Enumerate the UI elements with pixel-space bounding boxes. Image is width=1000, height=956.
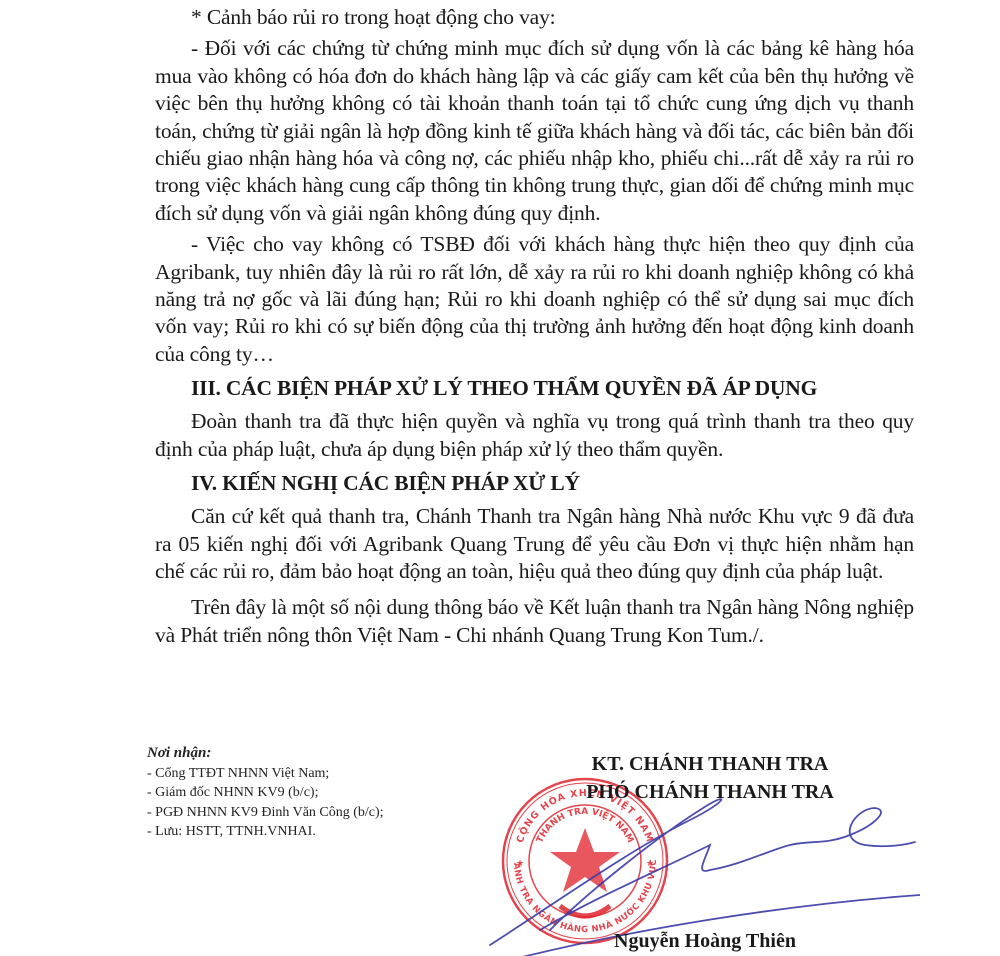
warning-heading: * Cảnh báo rủi ro trong hoạt động cho va… (155, 4, 914, 31)
section-3-heading: III. CÁC BIỆN PHÁP XỬ LÝ THEO THẨM QUYỀN… (155, 374, 914, 402)
recipient-item: - Lưu: HSTT, TTNH.VNHAI. (147, 822, 384, 842)
section-3-paragraph: Đoàn thanh tra đã thực hiện quyền và ngh… (155, 408, 914, 463)
recipients-block: Nơi nhận: - Cổng TTĐT NHNN Việt Nam; - G… (147, 744, 384, 842)
recipient-item: - Giám đốc NHNN KV9 (b/c); (147, 783, 384, 803)
signature-title-line-1: KT. CHÁNH THANH TRA (540, 750, 880, 778)
svg-text:★: ★ (516, 859, 524, 869)
document-page: * Cảnh báo rủi ro trong hoạt động cho va… (0, 0, 1000, 956)
recipient-item: - Cổng TTĐT NHNN Việt Nam; (147, 764, 384, 784)
document-body: * Cảnh báo rủi ro trong hoạt động cho va… (155, 4, 914, 649)
recipients-label: Nơi nhận (147, 745, 206, 761)
warning-paragraph-1: - Đối với các chứng từ chứng minh mục đí… (155, 35, 914, 227)
svg-text:★: ★ (646, 859, 654, 869)
section-4-paragraph: Căn cứ kết quả thanh tra, Chánh Thanh tr… (155, 503, 914, 585)
recipients-list: - Cổng TTĐT NHNN Việt Nam; - Giám đốc NH… (147, 764, 384, 842)
signer-name: Nguyễn Hoàng Thiên (555, 930, 855, 953)
recipient-item: - PGĐ NHNN KV9 Đinh Văn Công (b/c); (147, 803, 384, 823)
signature-title-block: KT. CHÁNH THANH TRA PHÓ CHÁNH THANH TRA (540, 750, 880, 806)
signature-title-line-2: PHÓ CHÁNH THANH TRA (540, 778, 880, 806)
warning-paragraph-2: - Việc cho vay không có TSBĐ đối với khá… (155, 231, 914, 368)
closing-paragraph: Trên đây là một số nội dung thông báo về… (155, 594, 914, 649)
section-4-heading: IV. KIẾN NGHỊ CÁC BIỆN PHÁP XỬ LÝ (155, 469, 914, 497)
